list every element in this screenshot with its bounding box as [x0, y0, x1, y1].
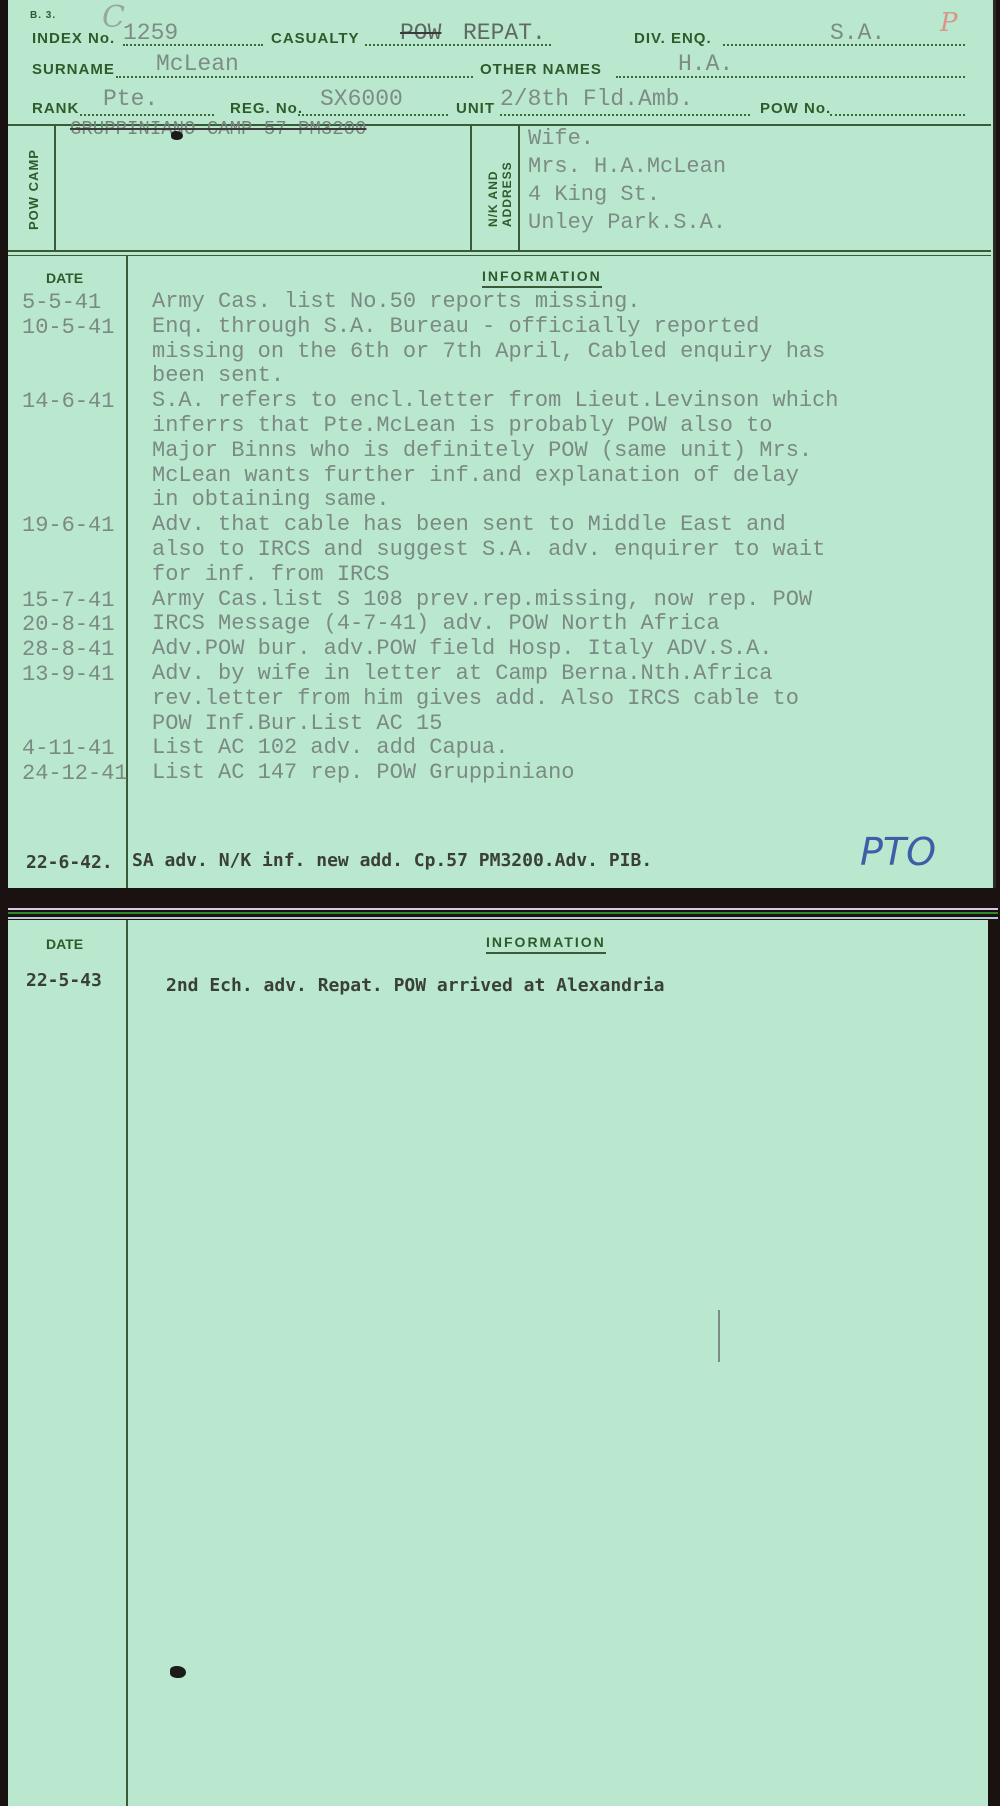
surname-value: McLean: [156, 51, 239, 77]
reg-no-label: REG. No.: [230, 100, 303, 117]
entry-date: 24-12-41: [22, 761, 128, 786]
entry-text-line: Adv.POW bur. adv.POW field Hosp. Italy A…: [152, 635, 773, 663]
pto-handwritten-note: PTO: [860, 830, 936, 874]
entry-date: 13-9-41: [22, 662, 114, 687]
entry-text-line: IRCS Message (4-7-41) adv. POW North Afr…: [152, 610, 720, 638]
date-header: DATE: [46, 270, 83, 286]
surname-label: SURNAME: [32, 61, 115, 78]
entry-text-line: been sent.: [152, 362, 284, 390]
entry-date: 19-6-41: [22, 513, 114, 538]
final-entry-date: 22-6-42.: [26, 852, 113, 873]
pow-camp-value: GRUPPINIANO CAMP 57 PM3200: [70, 118, 366, 140]
entry-date: 28-8-41: [22, 637, 114, 662]
nk-address-line: Mrs. H.A.McLean: [528, 154, 726, 179]
div-enq-value: S.A.: [830, 20, 885, 46]
entry-text-line: List AC 102 adv. add Capua.: [152, 734, 508, 762]
entry-text-line: Army Cas.list S 108 prev.rep.missing, no…: [152, 586, 812, 614]
entry-text-line: Adv. by wife in letter at Camp Berna.Nth…: [152, 660, 773, 688]
pow-camp-label: POW CAMP: [26, 149, 41, 230]
entry-date: 4-11-41: [22, 736, 114, 761]
entry-date: 22-5-43: [26, 970, 102, 991]
unit-value: 2/8th Fld.Amb.: [500, 86, 693, 112]
unit-label: UNIT: [456, 100, 495, 117]
casualty-label: CASUALTY: [271, 30, 360, 47]
casualty-struck-value: POW: [400, 20, 441, 46]
form-code: B. 3.: [30, 10, 56, 21]
entry-text-line: POW Inf.Bur.List AC 15: [152, 710, 442, 738]
rank-label: RANK: [32, 100, 79, 117]
entry-text-line: Army Cas. list No.50 reports missing.: [152, 288, 640, 316]
entry-date: 10-5-41: [22, 315, 114, 340]
nk-label: N/K ANDADDRESS: [486, 161, 514, 227]
information-header-back: INFORMATION: [486, 934, 606, 954]
date-header-back: DATE: [46, 936, 83, 952]
entry-text-line: Enq. through S.A. Bureau - officially re…: [152, 313, 759, 341]
entry-date: 15-7-41: [22, 588, 114, 613]
entry-text-line: Adv. that cable has been sent to Middle …: [152, 511, 786, 539]
rank-value: Pte.: [103, 86, 158, 112]
index-value: 1259: [123, 20, 178, 46]
entry-text-line: for inf. from IRCS: [152, 561, 390, 589]
index-card-front: B. 3. INDEX No. C 1259 CASUALTY POW REPA…: [8, 0, 996, 888]
entry-text-line: Major Binns who is definitely POW (same …: [152, 437, 812, 465]
entry-text-line: S.A. refers to encl.letter from Lieut.Le…: [152, 387, 839, 415]
entry-date: 14-6-41: [22, 389, 114, 414]
other-names-label: OTHER NAMES: [480, 61, 602, 78]
index-prefix-handwritten: C: [102, 0, 125, 35]
entry-date: 20-8-41: [22, 612, 114, 637]
entry-date: 5-5-41: [22, 290, 101, 315]
other-names-value: H.A.: [678, 51, 733, 77]
div-enq-label: DIV. ENQ.: [634, 30, 712, 47]
nk-address-line: Unley Park.S.A.: [528, 210, 726, 235]
information-header: INFORMATION: [482, 268, 602, 288]
entry-text-line: missing on the 6th or 7th April, Cabled …: [152, 338, 825, 366]
entry-text-line: rev.letter from him gives add. Also IRCS…: [152, 685, 799, 713]
final-entry-text: SA adv. N/K inf. new add. Cp.57 PM3200.A…: [132, 847, 652, 875]
handwritten-corner-mark: P: [940, 8, 958, 38]
nk-address-line: 4 King St.: [528, 182, 660, 207]
reg-no-value: SX6000: [320, 86, 403, 112]
index-card-back: DATE INFORMATION 22-5-432nd Ech. adv. Re…: [8, 920, 988, 1806]
pow-no-label: POW No.: [760, 100, 831, 117]
casualty-value: REPAT.: [463, 20, 546, 46]
entry-text-line: in obtaining same.: [152, 486, 390, 514]
entry-text-line: McLean wants further inf.and explanation…: [152, 462, 799, 490]
entry-text-line: also to IRCS and suggest S.A. adv. enqui…: [152, 536, 825, 564]
pencil-mark: [718, 1310, 720, 1362]
entry-text: 2nd Ech. adv. Repat. POW arrived at Alex…: [166, 972, 665, 1000]
entry-text-line: List AC 147 rep. POW Gruppiniano: [152, 759, 574, 787]
nk-address-line: Wife.: [528, 126, 594, 151]
entry-text-line: inferrs that Pte.McLean is probably POW …: [152, 412, 773, 440]
